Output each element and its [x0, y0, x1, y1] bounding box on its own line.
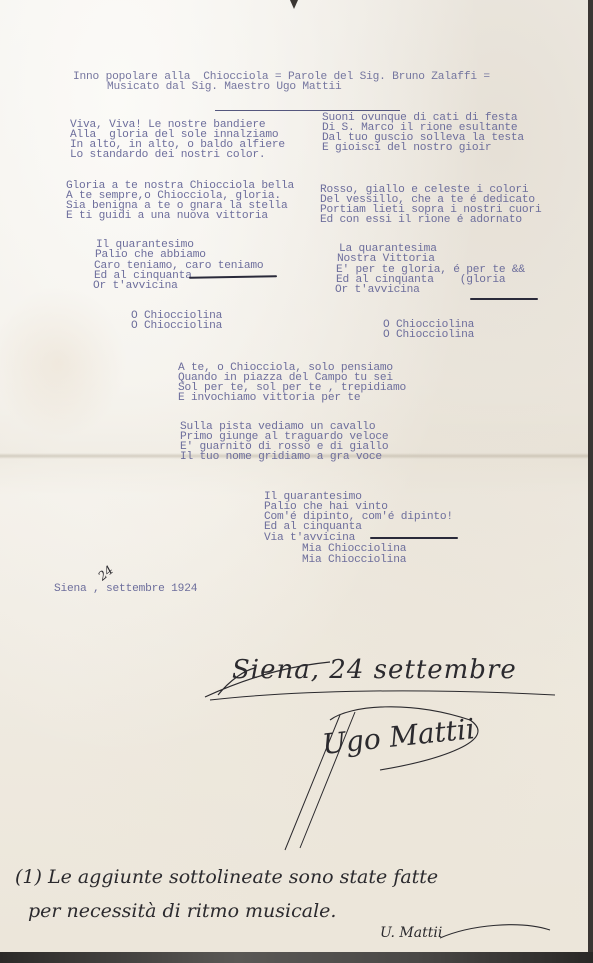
background-edge — [588, 0, 593, 963]
footnote-line-1: (1) Le aggiunte sottolineate sono state … — [15, 866, 438, 888]
handwriting-strokes — [0, 0, 593, 963]
footnote-initials: U. Mattii — [380, 925, 442, 941]
footnote-line-2: per necessità di ritmo musicale. — [28, 900, 336, 922]
background-surface — [0, 952, 593, 963]
handwritten-place-date: Siena, 24 settembre — [232, 655, 517, 685]
